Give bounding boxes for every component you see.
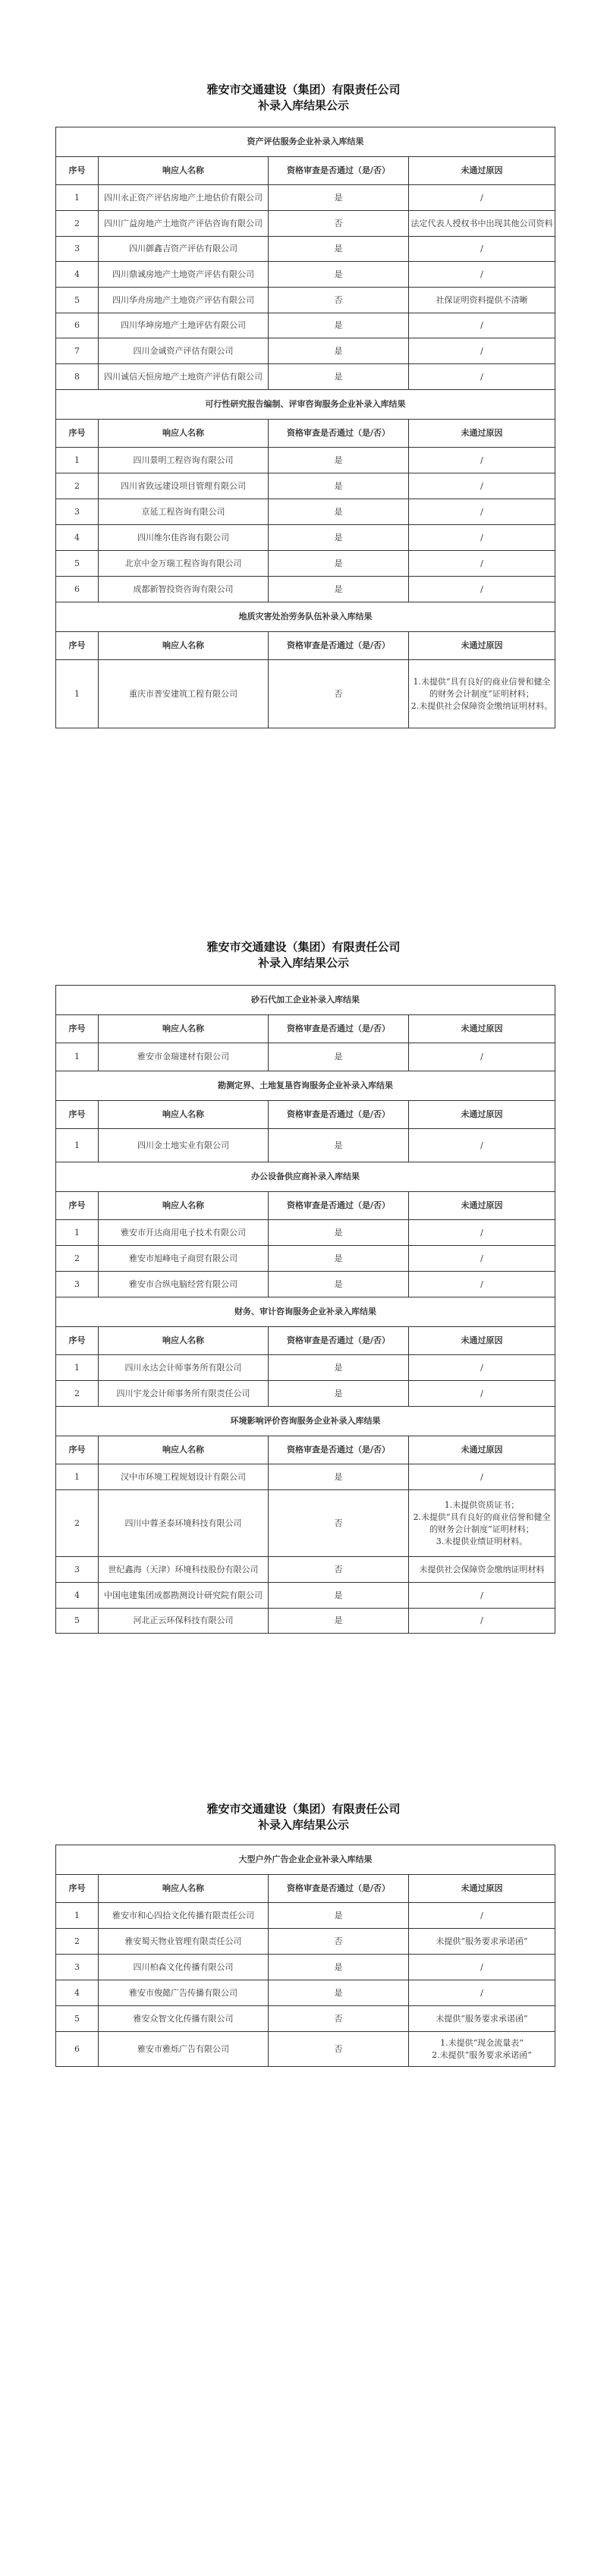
row-passed: 是 <box>269 473 409 499</box>
col-header-seq: 序号 <box>56 1015 99 1043</box>
table-row: 1 雅安市金瑞建材有限公司 是 / <box>56 1043 555 1071</box>
row-reason: / <box>409 1246 555 1272</box>
table-row: 2 雅安市旭峰电子商贸有限公司 是 / <box>56 1246 555 1272</box>
row-name: 雅安众智文化传播有限公司 <box>99 2006 269 2032</box>
row-reason: / <box>409 338 555 364</box>
row-seq: 2 <box>56 1381 99 1407</box>
row-reason: / <box>409 1381 555 1407</box>
section-title: 可行性研究报告编制、评审咨询服务企业补录入库结果 <box>56 390 555 420</box>
row-name: 四川华舟房地产土地资产评估有限公司 <box>99 288 269 313</box>
row-reason: / <box>409 364 555 390</box>
table-row: 2 四川省致远建设项目管理有限公司 是 / <box>56 473 555 499</box>
row-reason: / <box>409 1583 555 1609</box>
row-name: 雅安市金瑞建材有限公司 <box>99 1043 269 1071</box>
row-reason: / <box>409 1043 555 1071</box>
table-row: 2 雅安蜀天物业管理有限责任公司 否 未提供“服务要求承诺函” <box>56 1929 555 1955</box>
row-reason: 未提供社会保障资金缴纳证明材料 <box>409 1557 555 1583</box>
title-line-2: 补录入库结果公示 <box>0 98 607 114</box>
row-passed: 否 <box>269 660 409 728</box>
row-reason: / <box>409 1355 555 1381</box>
table-row: 5 北京中金万瑞工程咨询有限公司 是 / <box>56 551 555 577</box>
table-row: 7 四川金诚资产评估有限公司 是 / <box>56 338 555 364</box>
table-row: 5 雅安众智文化传播有限公司 否 未提供“服务要求承诺函” <box>56 2006 555 2032</box>
row-passed: 是 <box>269 338 409 364</box>
section-geohazard-labor: 地质灾害处治劳务队伍补录入库结果 序号 响应人名称 资格审查是否通过（是/否） … <box>56 602 555 728</box>
row-name: 四川柏森文化传播有限公司 <box>99 1955 269 1980</box>
col-header-seq: 序号 <box>56 420 99 448</box>
section-title: 地质灾害处治劳务队伍补录入库结果 <box>56 602 555 632</box>
table-row: 3 京延工程咨询有限公司 是 / <box>56 499 555 525</box>
row-seq: 6 <box>56 313 99 338</box>
row-seq: 4 <box>56 262 99 288</box>
row-name: 四川诚信天恒房地产土地资产评估有限公司 <box>99 364 269 390</box>
row-passed: 是 <box>269 1903 409 1929</box>
row-reason: / <box>409 525 555 551</box>
row-reason: / <box>409 1903 555 1929</box>
row-reason: / <box>409 1272 555 1297</box>
row-passed: 否 <box>269 2006 409 2032</box>
row-reason: 1.未提供资质证书； 2.未提供“具有良好的商业信誉和健全的财务会计制度”证明材… <box>409 1490 555 1557</box>
row-seq: 8 <box>56 364 99 390</box>
table-row: 3 四川柏森文化传播有限公司 是 / <box>56 1955 555 1980</box>
row-passed: 是 <box>269 1246 409 1272</box>
row-passed: 是 <box>269 1381 409 1407</box>
header-row: 序号 响应人名称 资格审查是否通过（是/否） 未通过原因 <box>56 1192 555 1220</box>
col-header-name: 响应人名称 <box>99 1327 269 1355</box>
col-header-passed: 资格审查是否通过（是/否） <box>269 1192 409 1220</box>
table-row: 8 四川诚信天恒房地产土地资产评估有限公司 是 / <box>56 364 555 390</box>
col-header-passed: 资格审查是否通过（是/否） <box>269 157 409 185</box>
row-seq: 2 <box>56 1490 99 1557</box>
header-row: 序号 响应人名称 资格审查是否通过（是/否） 未通过原因 <box>56 1327 555 1355</box>
table-row: 1 四川景明工程咨询有限公司 是 / <box>56 448 555 473</box>
row-seq: 3 <box>56 1955 99 1980</box>
col-header-seq: 序号 <box>56 632 99 660</box>
row-name: 四川省致远建设项目管理有限公司 <box>99 473 269 499</box>
row-name: 河北正云环保科技有限公司 <box>99 1609 269 1634</box>
row-reason: / <box>409 1609 555 1634</box>
section-title: 大型户外广告企业企业补录入库结果 <box>56 1845 555 1875</box>
row-reason: / <box>409 237 555 262</box>
section-title: 资产评估服务企业补录入库结果 <box>56 127 555 157</box>
row-seq: 3 <box>56 1272 99 1297</box>
col-header-reason: 未通过原因 <box>409 1192 555 1220</box>
row-seq: 1 <box>56 185 99 211</box>
col-header-seq: 序号 <box>56 157 99 185</box>
section-title: 砂石代加工企业补录入库结果 <box>56 986 555 1015</box>
row-reason: / <box>409 1220 555 1246</box>
row-seq: 3 <box>56 1557 99 1583</box>
row-passed: 是 <box>269 262 409 288</box>
table-row: 2 四川广益房地产土地资产评估咨询有限公司 否 法定代表人授权书中出现其他公司资… <box>56 211 555 237</box>
section-asset-appraisal: 资产评估服务企业补录入库结果 序号 响应人名称 资格审查是否通过（是/否） 未通… <box>56 127 555 390</box>
row-name: 四川景明工程咨询有限公司 <box>99 448 269 473</box>
col-header-reason: 未通过原因 <box>409 1327 555 1355</box>
row-passed: 是 <box>269 1043 409 1071</box>
results-table: 大型户外广告企业企业补录入库结果 序号 响应人名称 资格审查是否通过（是/否） … <box>55 1845 555 2067</box>
table-row: 6 成都新智投资咨询有限公司 是 / <box>56 577 555 602</box>
title-line-1: 雅安市交通建设（集团）有限责任公司 <box>0 82 607 98</box>
col-header-seq: 序号 <box>56 1101 99 1129</box>
row-name: 四川广益房地产土地资产评估咨询有限公司 <box>99 211 269 237</box>
row-passed: 否 <box>269 1557 409 1583</box>
row-name: 四川永正资产评估房地产土地估价有限公司 <box>99 185 269 211</box>
row-name: 北京中金万瑞工程咨询有限公司 <box>99 551 269 577</box>
results-table: 资产评估服务企业补录入库结果 序号 响应人名称 资格审查是否通过（是/否） 未通… <box>55 127 555 728</box>
row-seq: 2 <box>56 473 99 499</box>
row-passed: 否 <box>269 1929 409 1955</box>
col-header-reason: 未通过原因 <box>409 420 555 448</box>
row-passed: 否 <box>269 288 409 313</box>
col-header-passed: 资格审查是否通过（是/否） <box>269 632 409 660</box>
row-seq: 5 <box>56 551 99 577</box>
row-name: 四川中蓉圣泰环境科技有限公司 <box>99 1490 269 1557</box>
col-header-passed: 资格审查是否通过（是/否） <box>269 1015 409 1043</box>
table-row: 4 四川维尔佳咨询有限公司 是 / <box>56 525 555 551</box>
row-passed: 是 <box>269 1955 409 1980</box>
row-seq: 1 <box>56 1129 99 1162</box>
row-name: 四川永达会计师事务所有限公司 <box>99 1355 269 1381</box>
row-passed: 是 <box>269 1464 409 1490</box>
section-title: 办公设备供应商补录入库结果 <box>56 1162 555 1192</box>
row-seq: 1 <box>56 1903 99 1929</box>
results-table: 砂石代加工企业补录入库结果 序号 响应人名称 资格审查是否通过（是/否） 未通过… <box>55 985 555 1634</box>
col-header-name: 响应人名称 <box>99 1015 269 1043</box>
col-header-passed: 资格审查是否通过（是/否） <box>269 1101 409 1129</box>
row-passed: 是 <box>269 185 409 211</box>
col-header-seq: 序号 <box>56 1327 99 1355</box>
header-row: 序号 响应人名称 资格审查是否通过（是/否） 未通过原因 <box>56 1101 555 1129</box>
row-name: 汉中市环境工程规划设计有限公司 <box>99 1464 269 1490</box>
row-seq: 7 <box>56 338 99 364</box>
header-row: 序号 响应人名称 资格审查是否通过（是/否） 未通过原因 <box>56 1015 555 1043</box>
table-row: 1 重庆市普安建筑工程有限公司 否 1.未提供“具有良好的商业信誉和健全的财务会… <box>56 660 555 728</box>
section-finance-audit: 财务、审计咨询服务企业补录入库结果 序号 响应人名称 资格审查是否通过（是/否）… <box>56 1297 555 1407</box>
row-seq: 1 <box>56 1220 99 1246</box>
row-name: 雅安蜀天物业管理有限责任公司 <box>99 1929 269 1955</box>
row-passed: 是 <box>269 237 409 262</box>
table-row: 1 雅安市开达商用电子技术有限公司 是 / <box>56 1220 555 1246</box>
col-header-passed: 资格审查是否通过（是/否） <box>269 420 409 448</box>
table-row: 3 四川御鑫吉资产评估有限公司 是 / <box>56 237 555 262</box>
col-header-name: 响应人名称 <box>99 1875 269 1903</box>
row-reason: / <box>409 313 555 338</box>
col-header-passed: 资格审查是否通过（是/否） <box>269 1436 409 1464</box>
row-reason: 法定代表人授权书中出现其他公司资料 <box>409 211 555 237</box>
row-seq: 1 <box>56 1464 99 1490</box>
col-header-passed: 资格审查是否通过（是/否） <box>269 1875 409 1903</box>
section-title: 财务、审计咨询服务企业补录入库结果 <box>56 1297 555 1327</box>
row-name: 成都新智投资咨询有限公司 <box>99 577 269 602</box>
row-seq: 2 <box>56 1246 99 1272</box>
title-line-1: 雅安市交通建设（集团）有限责任公司 <box>0 939 607 955</box>
row-passed: 是 <box>269 313 409 338</box>
row-passed: 是 <box>269 1583 409 1609</box>
row-reason: 社保证明资料提供不清晰 <box>409 288 555 313</box>
table-row: 5 河北正云环保科技有限公司 是 / <box>56 1609 555 1634</box>
row-name: 四川华坤房地产土地评估有限公司 <box>99 313 269 338</box>
section-feasibility-study: 可行性研究报告编制、评审咨询服务企业补录入库结果 序号 响应人名称 资格审查是否… <box>56 390 555 602</box>
document-title: 雅安市交通建设（集团）有限责任公司 补录入库结果公示 <box>0 939 607 971</box>
row-name: 四川御鑫吉资产评估有限公司 <box>99 237 269 262</box>
row-reason: / <box>409 499 555 525</box>
row-passed: 否 <box>269 1490 409 1557</box>
row-seq: 1 <box>56 448 99 473</box>
section-environmental: 环境影响评价咨询服务企业补录入库结果 序号 响应人名称 资格审查是否通过（是/否… <box>56 1407 555 1634</box>
col-header-name: 响应人名称 <box>99 157 269 185</box>
row-passed: 是 <box>269 1609 409 1634</box>
row-passed: 是 <box>269 1272 409 1297</box>
row-seq: 6 <box>56 2032 99 2067</box>
document-title: 雅安市交通建设（集团）有限责任公司 补录入库结果公示 <box>0 1801 607 1833</box>
row-seq: 1 <box>56 1355 99 1381</box>
row-seq: 3 <box>56 499 99 525</box>
row-reason: 未提供“服务要求承诺函” <box>409 1929 555 1955</box>
row-name: 重庆市普安建筑工程有限公司 <box>99 660 269 728</box>
table-row: 6 雅安市雅烁广告有限公司 否 1.未提供“现金流量表” 2.未提供“服务要求承… <box>56 2032 555 2067</box>
row-name: 四川宇龙会计师事务所有限责任公司 <box>99 1381 269 1407</box>
col-header-reason: 未通过原因 <box>409 1101 555 1129</box>
row-reason: / <box>409 1980 555 2006</box>
row-name: 四川金诚资产评估有限公司 <box>99 338 269 364</box>
col-header-name: 响应人名称 <box>99 1436 269 1464</box>
table-row: 3 雅安市合纵电脑经营有限公司 是 / <box>56 1272 555 1297</box>
row-reason: 1.未提供“具有良好的商业信誉和健全的财务会计制度”证明材料； 2.未提供社会保… <box>409 660 555 728</box>
table-row: 4 四川鼎诚房地产土地资产评估有限公司 是 / <box>56 262 555 288</box>
row-passed: 是 <box>269 1220 409 1246</box>
row-passed: 否 <box>269 2032 409 2067</box>
row-passed: 是 <box>269 551 409 577</box>
header-row: 序号 响应人名称 资格审查是否通过（是/否） 未通过原因 <box>56 1436 555 1464</box>
row-name: 雅安市俊懿广告传播有限公司 <box>99 1980 269 2006</box>
section-sand-gravel: 砂石代加工企业补录入库结果 序号 响应人名称 资格审查是否通过（是/否） 未通过… <box>56 986 555 1071</box>
header-row: 序号 响应人名称 资格审查是否通过（是/否） 未通过原因 <box>56 632 555 660</box>
col-header-reason: 未通过原因 <box>409 1436 555 1464</box>
row-passed: 是 <box>269 364 409 390</box>
row-passed: 是 <box>269 525 409 551</box>
section-outdoor-advertising: 大型户外广告企业企业补录入库结果 序号 响应人名称 资格审查是否通过（是/否） … <box>56 1845 555 2067</box>
row-name: 雅安市合纵电脑经营有限公司 <box>99 1272 269 1297</box>
col-header-seq: 序号 <box>56 1436 99 1464</box>
row-name: 四川金土地实业有限公司 <box>99 1129 269 1162</box>
row-seq: 4 <box>56 1980 99 2006</box>
row-seq: 4 <box>56 525 99 551</box>
table-row: 5 四川华舟房地产土地资产评估有限公司 否 社保证明资料提供不清晰 <box>56 288 555 313</box>
row-seq: 2 <box>56 1929 99 1955</box>
row-reason: 未提供“服务要求承诺函” <box>409 2006 555 2032</box>
table-row: 4 中国电建集团成都勘测设计研究院有限公司 是 / <box>56 1583 555 1609</box>
row-seq: 5 <box>56 288 99 313</box>
table-row: 1 四川金土地实业有限公司 是 / <box>56 1129 555 1162</box>
row-name: 世纪鑫海（天津）环境科技股份有限公司 <box>99 1557 269 1583</box>
row-reason: / <box>409 448 555 473</box>
col-header-name: 响应人名称 <box>99 1192 269 1220</box>
table-row: 4 雅安市俊懿广告传播有限公司 是 / <box>56 1980 555 2006</box>
table-row: 2 四川中蓉圣泰环境科技有限公司 否 1.未提供资质证书； 2.未提供“具有良好… <box>56 1490 555 1557</box>
col-header-name: 响应人名称 <box>99 420 269 448</box>
row-name: 雅安市和心四拾文化传播有限责任公司 <box>99 1903 269 1929</box>
row-seq: 2 <box>56 211 99 237</box>
row-reason: / <box>409 262 555 288</box>
col-header-name: 响应人名称 <box>99 632 269 660</box>
col-header-seq: 序号 <box>56 1192 99 1220</box>
col-header-reason: 未通过原因 <box>409 1875 555 1903</box>
col-header-reason: 未通过原因 <box>409 1015 555 1043</box>
header-row: 序号 响应人名称 资格审查是否通过（是/否） 未通过原因 <box>56 157 555 185</box>
row-passed: 是 <box>269 1355 409 1381</box>
row-seq: 5 <box>56 1609 99 1634</box>
table-row: 1 雅安市和心四拾文化传播有限责任公司 是 / <box>56 1903 555 1929</box>
header-row: 序号 响应人名称 资格审查是否通过（是/否） 未通过原因 <box>56 1875 555 1903</box>
title-line-1: 雅安市交通建设（集团）有限责任公司 <box>0 1801 607 1817</box>
col-header-reason: 未通过原因 <box>409 157 555 185</box>
row-name: 中国电建集团成都勘测设计研究院有限公司 <box>99 1583 269 1609</box>
row-name: 雅安市雅烁广告有限公司 <box>99 2032 269 2067</box>
table-row: 1 四川永正资产评估房地产土地估价有限公司 是 / <box>56 185 555 211</box>
row-passed: 否 <box>269 211 409 237</box>
row-reason: / <box>409 551 555 577</box>
col-header-seq: 序号 <box>56 1875 99 1903</box>
col-header-reason: 未通过原因 <box>409 632 555 660</box>
row-name: 四川鼎诚房地产土地资产评估有限公司 <box>99 262 269 288</box>
row-reason: / <box>409 1464 555 1490</box>
row-passed: 是 <box>269 1980 409 2006</box>
row-seq: 4 <box>56 1583 99 1609</box>
title-line-2: 补录入库结果公示 <box>0 955 607 971</box>
row-seq: 3 <box>56 237 99 262</box>
row-reason: / <box>409 473 555 499</box>
row-reason: / <box>409 1129 555 1162</box>
row-reason: / <box>409 185 555 211</box>
row-seq: 1 <box>56 1043 99 1071</box>
table-row: 1 汉中市环境工程规划设计有限公司 是 / <box>56 1464 555 1490</box>
row-name: 雅安市旭峰电子商贸有限公司 <box>99 1246 269 1272</box>
row-reason: 1.未提供“现金流量表” 2.未提供“服务要求承诺函” <box>409 2032 555 2067</box>
row-name: 四川维尔佳咨询有限公司 <box>99 525 269 551</box>
row-passed: 是 <box>269 1129 409 1162</box>
row-name: 京延工程咨询有限公司 <box>99 499 269 525</box>
row-seq: 1 <box>56 660 99 728</box>
table-row: 3 世纪鑫海（天津）环境科技股份有限公司 否 未提供社会保障资金缴纳证明材料 <box>56 1557 555 1583</box>
row-passed: 是 <box>269 577 409 602</box>
row-reason: / <box>409 577 555 602</box>
table-row: 1 四川永达会计师事务所有限公司 是 / <box>56 1355 555 1381</box>
row-passed: 是 <box>269 448 409 473</box>
document-title: 雅安市交通建设（集团）有限责任公司 补录入库结果公示 <box>0 82 607 114</box>
title-line-2: 补录入库结果公示 <box>0 1817 607 1833</box>
header-row: 序号 响应人名称 资格审查是否通过（是/否） 未通过原因 <box>56 420 555 448</box>
section-title: 勘测定界、土地复垦咨询服务企业补录入库结果 <box>56 1071 555 1101</box>
row-reason: / <box>409 1955 555 1980</box>
row-name: 雅安市开达商用电子技术有限公司 <box>99 1220 269 1246</box>
col-header-name: 响应人名称 <box>99 1101 269 1129</box>
table-row: 6 四川华坤房地产土地评估有限公司 是 / <box>56 313 555 338</box>
section-office-equipment: 办公设备供应商补录入库结果 序号 响应人名称 资格审查是否通过（是/否） 未通过… <box>56 1162 555 1297</box>
table-row: 2 四川宇龙会计师事务所有限责任公司 是 / <box>56 1381 555 1407</box>
col-header-passed: 资格审查是否通过（是/否） <box>269 1327 409 1355</box>
section-title: 环境影响评价咨询服务企业补录入库结果 <box>56 1407 555 1436</box>
row-passed: 是 <box>269 499 409 525</box>
row-seq: 6 <box>56 577 99 602</box>
section-survey-land: 勘测定界、土地复垦咨询服务企业补录入库结果 序号 响应人名称 资格审查是否通过（… <box>56 1071 555 1162</box>
row-seq: 5 <box>56 2006 99 2032</box>
